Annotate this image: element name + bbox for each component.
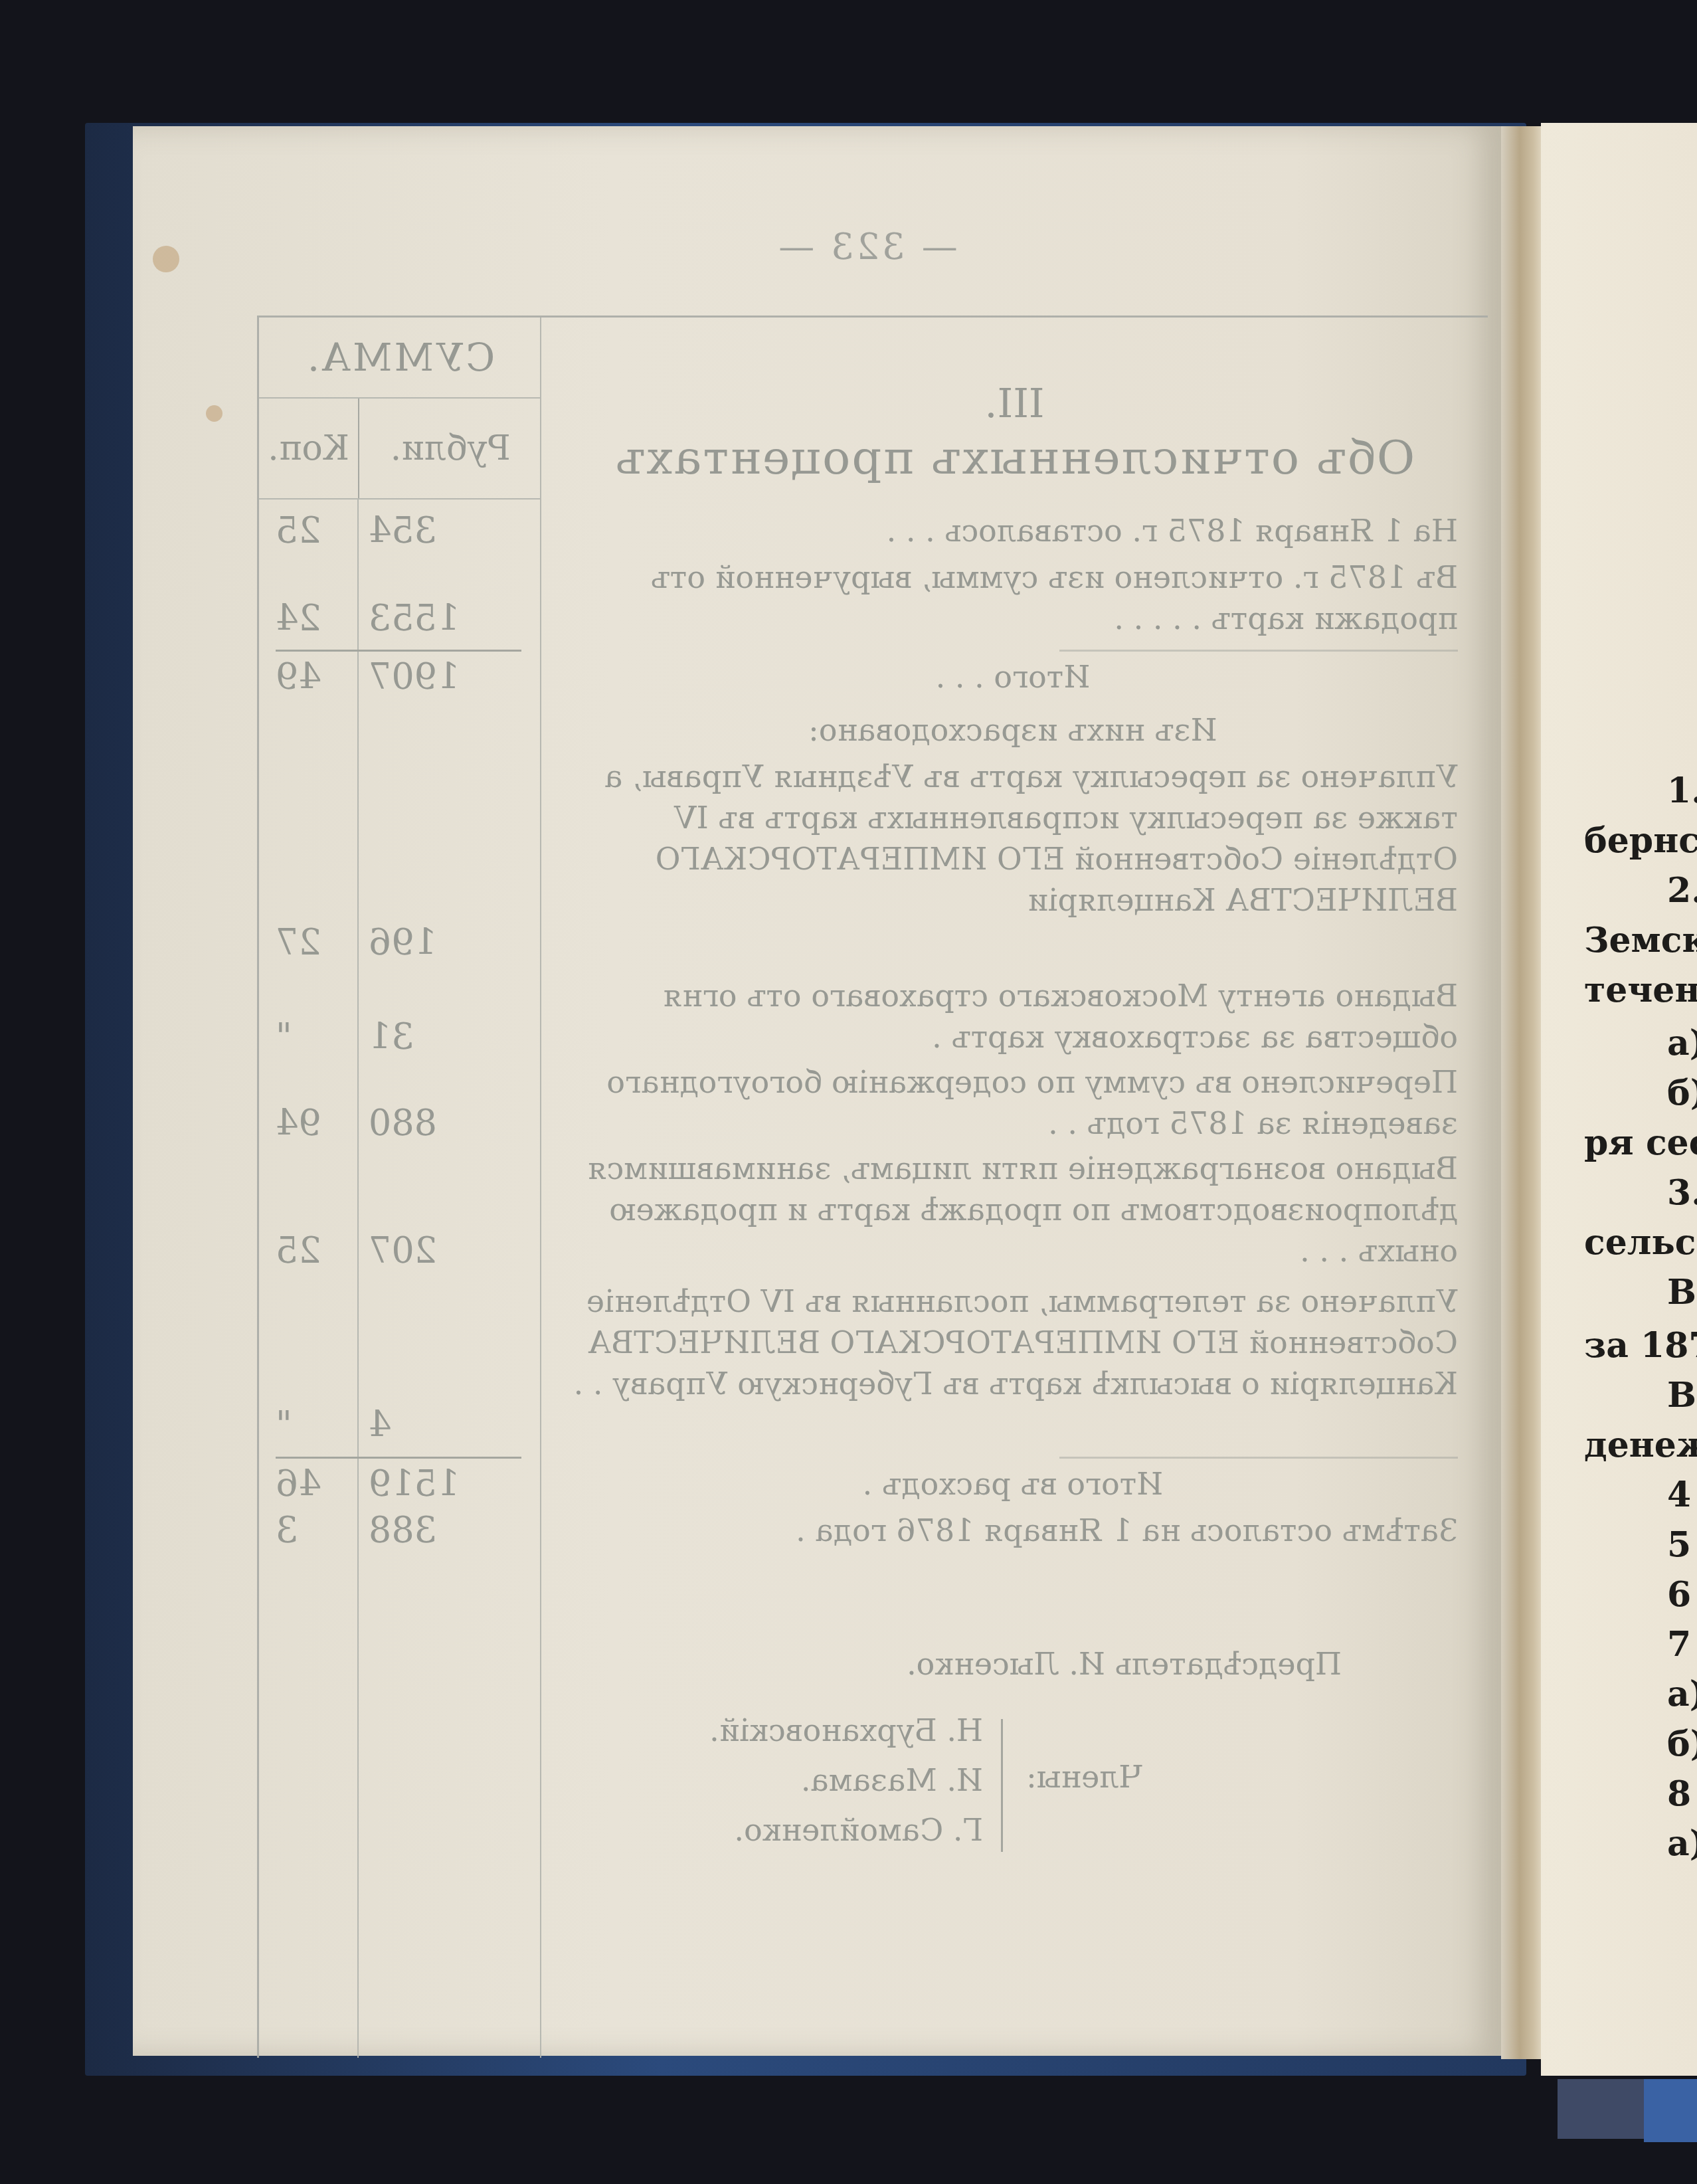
mirrored-page-content: — 323 — III. Объ отчисленныхъ процентахъ… [246,199,1488,1959]
section-number: III. [541,381,1488,427]
text-line: 3. [1667,1172,1697,1213]
members-brace [1001,1719,1003,1852]
member-signature: Н. Бурхановскій. [709,1712,983,1748]
text-line: 4 [1667,1475,1691,1515]
sum-subheaders: Рубли. Коп. [259,399,541,500]
sum-rule [276,650,521,652]
sum-rule [1059,650,1458,652]
foxing-stain [206,405,223,422]
sum-column: СУММА. Рубли. Коп. [259,318,541,2058]
book-cover-edge [1558,2079,1644,2139]
text-line: сельск [1584,1222,1697,1263]
text-line: теченi [1584,970,1697,1010]
text-line: 7 [1667,1624,1691,1665]
text-line: а) [1667,1023,1697,1063]
sum-header: СУММА. [259,318,541,399]
text-line: ря сес [1584,1123,1697,1163]
text-line: Земска [1584,920,1697,960]
text-line: 6 [1667,1574,1691,1615]
page-number: — 323 — [246,226,1488,268]
chairman-signature: Предсѣдатель И. Лысенко. [907,1646,1342,1682]
member-signature: И. Мазама. [801,1762,983,1798]
account-table: III. Объ отчисленныхъ процентахъ СУММА. … [257,316,1488,2058]
text-line: бернск [1584,820,1697,861]
sum-rule [1059,1457,1458,1459]
text-line: а) [1667,1823,1697,1864]
text-line: 1. [1667,771,1697,811]
sum-rule [276,1457,521,1459]
text-line: В [1667,1272,1696,1313]
text-line: 5 [1667,1524,1691,1565]
text-line: В [1667,1375,1696,1415]
text-line: денежн [1584,1425,1697,1465]
rubles-header: Рубли. [358,399,541,498]
book-cover-edge [1644,2079,1697,2142]
rub-kop-divider [357,498,359,2058]
foxing-stain [153,246,179,272]
text-line: за 187 [1584,1325,1697,1366]
text-line: 2. [1667,870,1697,911]
member-signature: Г. Самойленко. [734,1812,983,1848]
section-title: Объ отчисленныхъ процентахъ [541,430,1488,485]
kopecks-header: Коп. [259,399,358,498]
text-line: б) [1667,1073,1697,1113]
text-line: б) [1667,1724,1697,1764]
text-line: 8 [1667,1774,1691,1814]
text-line: а) [1667,1674,1697,1714]
members-label: Члены: [1026,1759,1142,1795]
